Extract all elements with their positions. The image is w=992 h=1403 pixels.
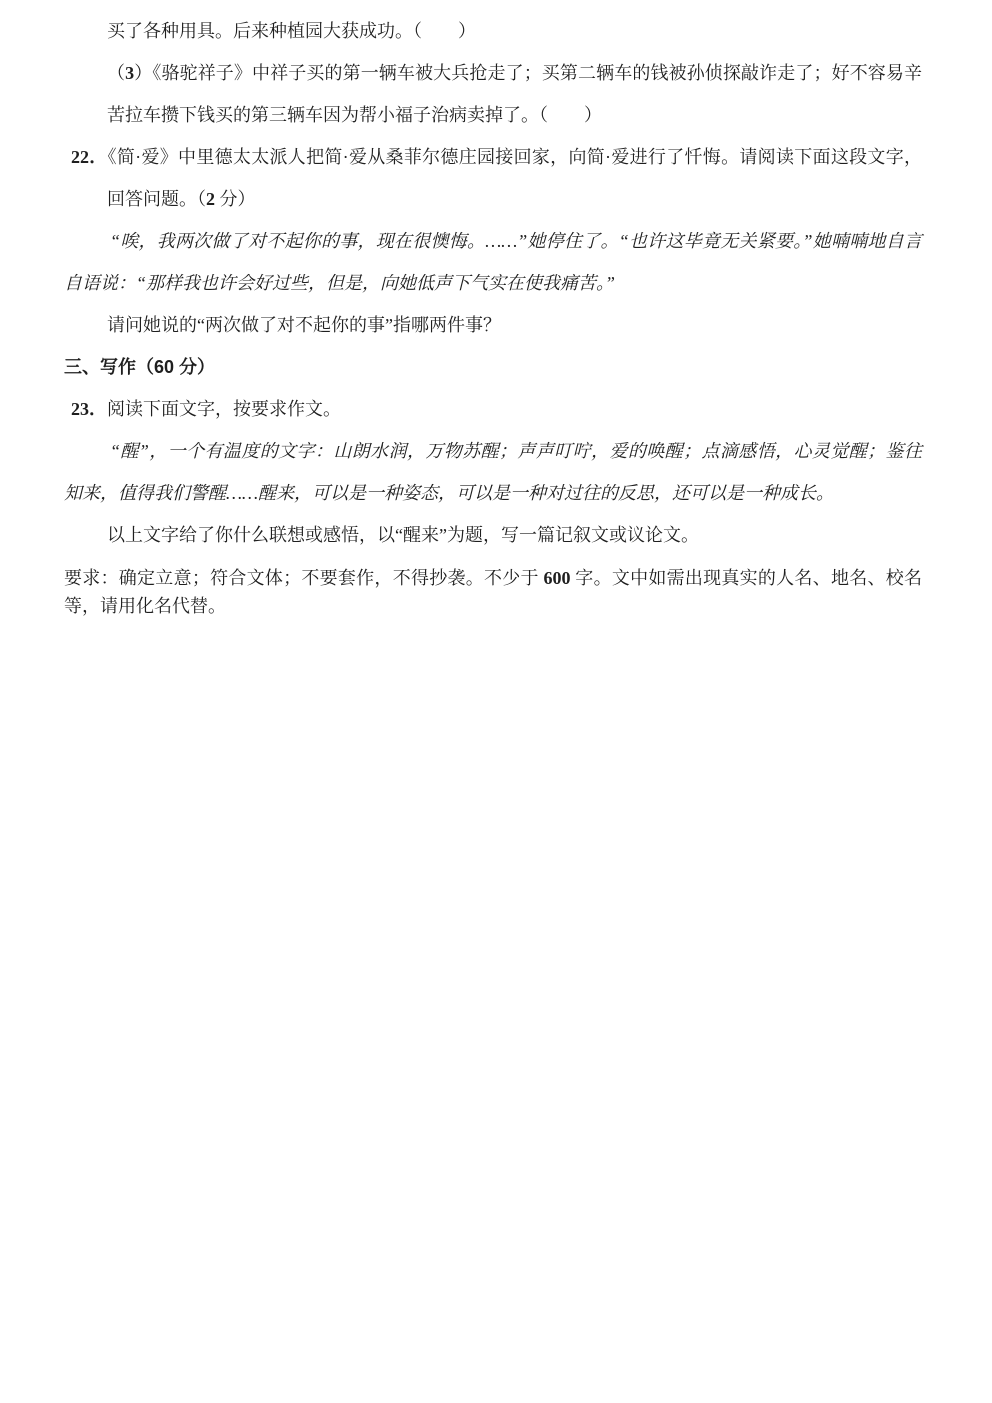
score-value: 2 [206, 189, 215, 209]
paragraph-continuation-tail: 买了各种用具。后来种植园大获成功。（ ） [107, 10, 922, 52]
question-23: 23．阅读下面文字，按要求作文。 [64, 388, 922, 430]
word-count-value: 600 [544, 568, 571, 588]
essay-requirements: 要求：确定立意；符合文体；不要套作，不得抄袭。不少于 600 字。文中如需出现真… [64, 564, 922, 620]
item-number-open: （ [107, 63, 125, 83]
instruction-text: 以上文字给了你什么联想或感悟，以“醒来”为题，写一篇记叙文或议论文。 [107, 525, 699, 545]
list-item-3-luotuo-xiangzi: （3）《骆驼祥子》中祥子买的第一辆车被大兵抢走了；买第二辆车的钱被孙侦探敲诈走了… [107, 52, 922, 136]
question-text: 阅读下面文字，按要求作文。 [107, 399, 341, 419]
item-number: 3 [125, 63, 134, 83]
requirements-text-before: 要求：确定立意；符合文体；不要套作，不得抄袭。不少于 [64, 568, 544, 588]
question-number: 23． [71, 399, 107, 419]
item-number-close: ） [134, 63, 152, 83]
quote-text: “唉，我两次做了对不起你的事，现在很懊悔。……”她停住了。“也许这毕竟无关紧要。… [64, 231, 922, 293]
question-22: 22．《简·爱》中里德太太派人把简·爱从桑菲尔德庄园接回家，向简·爱进行了忏悔。… [64, 136, 922, 220]
exam-document-page: 买了各种用具。后来种植园大获成功。（ ） （3）《骆驼祥子》中祥子买的第一辆车被… [0, 0, 992, 1403]
prompt-text: 请问她说的“两次做了对不起你的事”指哪两件事？ [107, 315, 501, 335]
essay-instruction: 以上文字给了你什么联想或感悟，以“醒来”为题，写一篇记叙文或议论文。 [107, 514, 922, 556]
section-header-writing: 三、写作（60 分） [64, 346, 922, 388]
question-22-prompt: 请问她说的“两次做了对不起你的事”指哪两件事？ [107, 304, 922, 346]
paragraph-text: 买了各种用具。后来种植园大获成功。（ ） [107, 21, 476, 41]
score-suffix: 分） [215, 189, 256, 209]
passage-text: “醒”，一个有温度的文字：山朗水润，万物苏醒；声声叮咛，爱的唤醒；点滴感悟，心灵… [64, 441, 922, 503]
section-title: 三、写作（60 分） [64, 357, 215, 377]
question-number: 22． [71, 147, 108, 167]
jane-eyre-quote-passage: “唉，我两次做了对不起你的事，现在很懊悔。……”她停住了。“也许这毕竟无关紧要。… [64, 220, 922, 304]
essay-prompt-passage: “醒”，一个有温度的文字：山朗水润，万物苏醒；声声叮咛，爱的唤醒；点滴感悟，心灵… [64, 430, 922, 514]
item-text: 《骆驼祥子》中祥子买的第一辆车被大兵抢走了；买第二辆车的钱被孙侦探敲诈走了；好不… [107, 63, 922, 125]
